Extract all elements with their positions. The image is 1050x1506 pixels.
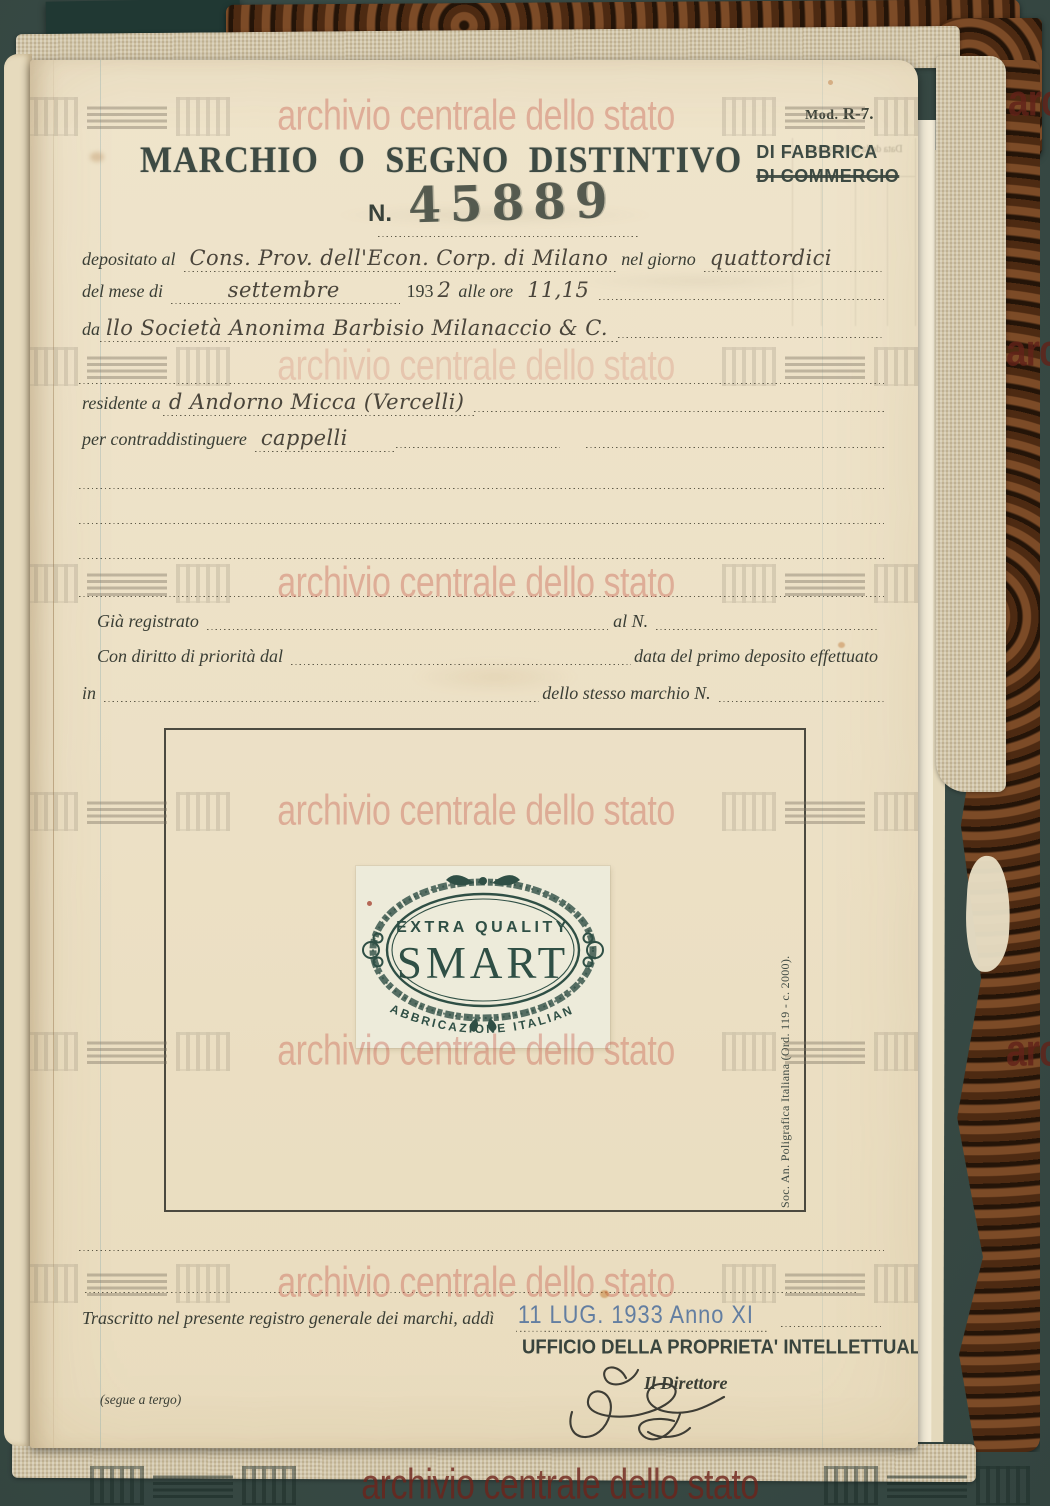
year-written: 2 <box>434 278 456 303</box>
dotted-rule <box>396 444 560 448</box>
same-mark-label: dello stesso marchio N. <box>539 683 718 705</box>
archive-watermark-text: archivio centrale dello stato <box>277 559 675 608</box>
dotted-rule <box>378 236 640 237</box>
day-label: nel giorno <box>618 249 704 271</box>
dotted-rule <box>79 596 884 597</box>
dotted-rule <box>719 698 884 702</box>
subtitle-di-fabbrica: DI FABBRICA <box>756 140 899 164</box>
archive-watermark-row: archivio centrale dello stato <box>30 1260 918 1306</box>
page-subtitle: DI FABBRICA DI COMMERCIO <box>756 140 899 189</box>
dotted-rule <box>618 334 884 338</box>
label-brand-name: SMART <box>397 938 569 988</box>
priority-label: Con diritto di priorità dal <box>94 646 291 668</box>
director-label: Il Direttore <box>644 1373 728 1394</box>
resident-value: d Andorno Micca (Vercelli) <box>163 390 475 418</box>
page-stack-edge-left <box>4 54 32 1446</box>
transcribed-label: Trascritto nel presente registro general… <box>79 1308 502 1330</box>
label-top-text: EXTRA QUALITY <box>396 919 570 936</box>
hour-label: alle ore <box>455 281 521 303</box>
archive-watermark-row: archivio centrale dello stato <box>30 560 918 606</box>
archive-watermark-text: archivio centrale dello stato <box>277 92 675 141</box>
dotted-rule <box>599 296 884 300</box>
field-month: del mese di settembre 193 2 alle ore 11,… <box>79 278 884 306</box>
month-label: del mese di <box>79 281 171 303</box>
dotted-rule <box>79 488 884 489</box>
linen-binding-right <box>936 56 1006 792</box>
distinguish-value: cappelli <box>255 426 396 454</box>
dotted-rule <box>79 383 884 384</box>
dotted-rule <box>207 626 610 630</box>
dotted-rule <box>781 1323 884 1327</box>
dotted-rule <box>79 523 884 524</box>
archive-watermark-row: archivio centrale dello stato <box>30 93 918 139</box>
trademark-emblem: EXTRA QUALITY SMART FABBRICAZIONE ITALIA… <box>356 866 610 1048</box>
archival-scan: arc arc arc archivio centrale dello stat… <box>0 0 1050 1506</box>
dotted-rule <box>586 444 884 448</box>
colonnade-icons <box>30 97 230 136</box>
field-deposited: depositato al Cons. Prov. dell'Econ. Cor… <box>79 246 884 274</box>
distinguish-label: per contraddistinguere <box>79 429 255 451</box>
field-in: in dello stesso marchio N. <box>79 683 884 705</box>
by-label: da <box>79 319 100 341</box>
by-value: llo Società Anonima Barbisio Milanaccio … <box>100 316 618 344</box>
field-distinguish: per contraddistinguere cappelli <box>79 426 884 454</box>
watermark-fragment: arc <box>1008 76 1050 126</box>
field-depositor: da llo Società Anonima Barbisio Milanacc… <box>79 316 884 344</box>
dotted-rule <box>79 1250 884 1251</box>
field-registered: Già registrato al N. <box>94 611 878 633</box>
form-model-label: Mod. R-7. <box>805 104 873 124</box>
in-label: in <box>79 683 104 705</box>
colonnade-icons <box>30 347 230 386</box>
subtitle-di-commercio-struck: DI COMMERCIO <box>756 164 899 188</box>
dotted-rule <box>79 558 884 559</box>
registered-num-label: al N. <box>610 611 656 633</box>
dotted-rule <box>474 408 884 412</box>
month-value: settembre <box>171 278 401 306</box>
registered-label: Già registrato <box>94 611 207 633</box>
watermark-fragment: arc <box>1006 1026 1050 1076</box>
dotted-rule <box>85 1292 858 1293</box>
deposited-value: Cons. Prov. dell'Econ. Corp. di Milano <box>184 246 619 274</box>
dotted-rule <box>656 626 878 630</box>
director-signature <box>530 1356 770 1444</box>
year-printed: 193 <box>401 281 434 303</box>
printer-note: Soc. An. Poligrafica Italiana (Ord. 119 … <box>774 862 796 1208</box>
hour-value: 11,15 <box>521 278 599 306</box>
continues-note: (segue a tergo) <box>100 1392 181 1408</box>
field-priority: Con diritto di priorità dal data del pri… <box>94 646 878 668</box>
deposited-label: depositato al <box>79 249 184 271</box>
foxing-stain <box>828 80 833 85</box>
register-page: Data della dichiarazione Mod. R-7. MARCH… <box>30 60 918 1448</box>
trademark-label: EXTRA QUALITY SMART FABBRICAZIONE ITALIA… <box>356 866 610 1048</box>
date-stamp: 11 LUG. 1933 Anno XI <box>516 1300 767 1333</box>
dotted-rule <box>104 698 539 702</box>
watermark-fragment: arc <box>1006 326 1050 376</box>
field-resident: residente a d Andorno Micca (Vercelli) <box>79 390 884 418</box>
dotted-rule <box>291 661 631 665</box>
foxing-stain <box>90 152 104 162</box>
priority-suffix: data del primo deposito effettuato <box>631 646 878 668</box>
resident-label: residente a <box>79 393 163 415</box>
day-value: quattordici <box>704 246 884 274</box>
number-prefix: N. <box>368 200 392 228</box>
registration-number-stamp: 45889 <box>407 172 617 235</box>
colonnade-icons <box>722 1264 918 1303</box>
colonnade-icons <box>30 1264 230 1303</box>
page-title: MARCHIO O SEGNO DISTINTIVO <box>140 140 742 182</box>
field-transcribed: Trascritto nel presente registro general… <box>79 1303 884 1333</box>
colonnade-icons <box>722 347 918 386</box>
